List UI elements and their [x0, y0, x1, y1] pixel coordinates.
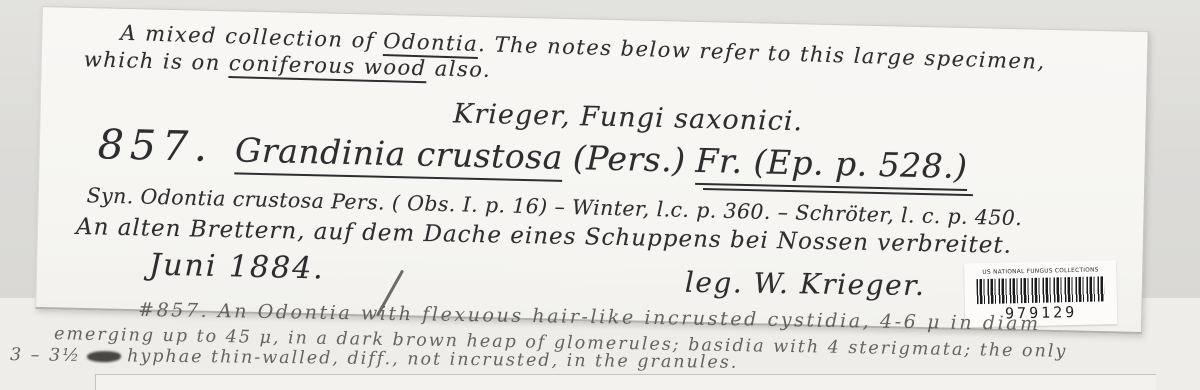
barcode — [976, 276, 1104, 304]
lower-card-edge — [95, 374, 1156, 390]
specimen-number: 857. — [97, 120, 213, 171]
taxon-name: Grandinia crustosa — [235, 130, 564, 181]
taxon-authority: (Pers.) — [572, 138, 686, 180]
annotation-top-pre: A mixed collection of — [120, 21, 384, 53]
collection-date: Juni 1884. — [149, 248, 325, 287]
annotation-top-line2-pre: which is on — [83, 47, 229, 75]
pencil-measurement: 3 – 3½ — [10, 345, 81, 366]
ink-blot — [87, 351, 121, 362]
barcode-institution-label: US NATIONAL FUNGUS COLLECTIONS — [982, 267, 1098, 276]
collector-line: leg. W. Krieger. — [685, 266, 926, 302]
annotation-top-line2-underlined: coniferous wood — [229, 51, 427, 83]
specimen-card: A mixed collection of Odontia. The notes… — [35, 6, 1149, 334]
annotation-top-line2-post: also. — [426, 56, 491, 82]
annotation-top-post: . The notes below refer to this large sp… — [478, 32, 1046, 74]
taxon-reference: Fr. (Ep. p. 528.) — [695, 141, 968, 191]
